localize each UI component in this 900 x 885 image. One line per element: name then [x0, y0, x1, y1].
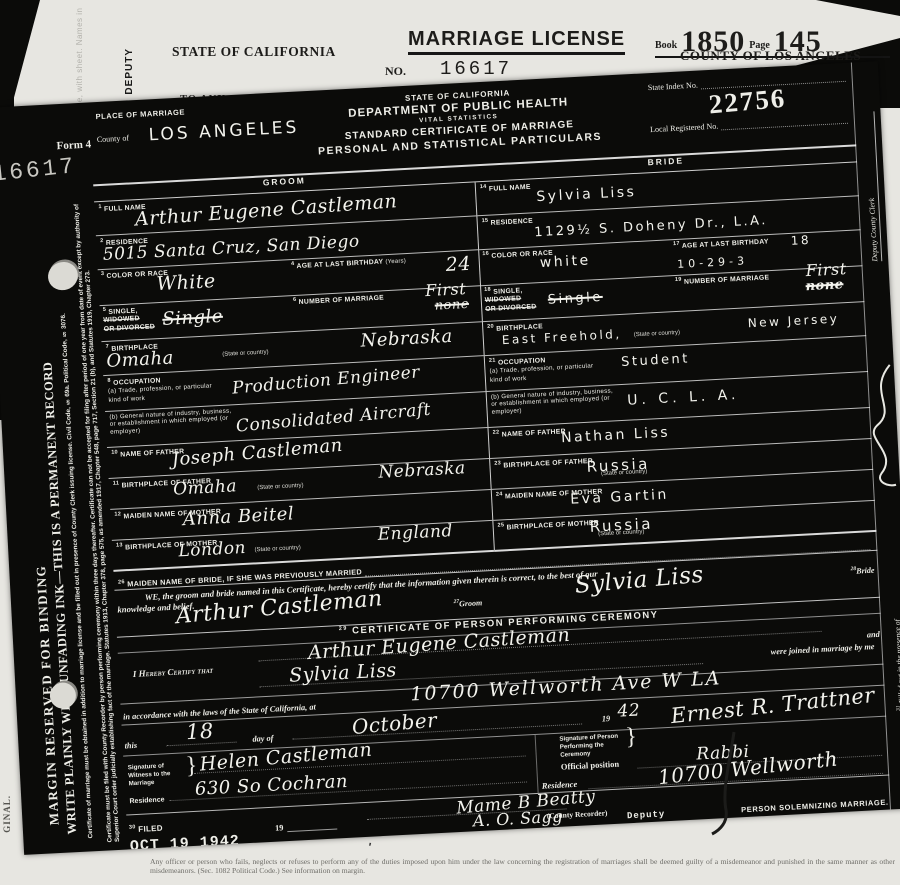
filed-year-pre: 19 — [275, 823, 284, 832]
filed-stamp-block: 30 FILED OCT 19 1942 — [128, 814, 240, 855]
county-of-value: LOS ANGELES — [148, 119, 265, 145]
filed-date-stamp: OCT 19 1942 — [129, 833, 240, 855]
brace: } — [185, 753, 198, 781]
official-position-label: Official position — [561, 759, 620, 772]
witness-residence-label: Residence — [129, 796, 164, 807]
pen-mark — [700, 730, 760, 840]
filled-out-label: 31 Filled out in the presence of — [883, 481, 900, 711]
deputy-edge-text: DEPUTY — [124, 48, 135, 95]
and-label: and — [867, 630, 880, 640]
bride-signature-label: 28Bride — [850, 565, 874, 576]
pen-tick: ' — [367, 840, 373, 854]
filled-out-num: 31 — [895, 705, 900, 711]
fine-print: Any officer or person who fails, neglect… — [150, 857, 895, 876]
license-state: STATE OF CALIFORNIA — [172, 44, 336, 60]
deputy-label: Deputy — [627, 809, 666, 821]
license-title: MARRIAGE LICENSE — [408, 28, 625, 55]
bride-column: 14 FULL NAME Sylvia Liss 15 RESIDENCE 11… — [476, 162, 877, 551]
license-no-label: NO. — [385, 64, 406, 79]
groom-column: 1 FULL NAME Arthur Eugene Castleman 2 RE… — [94, 182, 495, 571]
original-edge-text: GINAL. — [2, 795, 12, 833]
stamped-certificate-number: 16617 — [0, 153, 78, 188]
license-county: COUNTY OF LOS ANGELES — [680, 48, 861, 64]
form-number: Form 4 — [56, 138, 91, 152]
certificate-card: Form 4 16617 MARGIN RESERVED FOR BINDING… — [0, 61, 900, 855]
bride-signature: Sylvia Liss — [574, 562, 705, 599]
black-edge-top-right — [780, 0, 900, 16]
solemnizing-label: PERSON SOLEMNIZING MARRIAGE. — [741, 798, 889, 815]
day-value: 18 — [185, 719, 214, 744]
state-index-label: State Index No. — [648, 81, 698, 93]
local-registered-label: Local Registered No. — [650, 122, 719, 135]
place-label: PLACE OF MARRIAGE — [95, 103, 263, 121]
book-label: Book — [655, 40, 677, 51]
license-no-value: 16617 — [440, 58, 512, 80]
particulars-columns: 1 FULL NAME Arthur Eugene Castleman 2 RE… — [94, 162, 876, 571]
line — [287, 828, 337, 832]
year-value: 42 — [617, 700, 641, 721]
deputy-county-clerk-label: Deputy County Clerk — [862, 111, 882, 261]
day-of-label: day of — [252, 734, 273, 744]
witness-label: Signature of Witness to the Marriage — [128, 761, 187, 787]
brace: } — [625, 724, 638, 752]
header-right: State Index No. 22756 Local Registered N… — [647, 66, 856, 155]
performer-label: Signature of Person Performing the Cerem… — [559, 732, 624, 759]
place-of-marriage-block: PLACE OF MARRIAGE County of LOS ANGELES — [89, 97, 271, 184]
joined-label: were joined in marriage by me — [770, 642, 874, 656]
this-label: this — [124, 741, 137, 751]
hereby-label: I Hereby Certify that — [133, 665, 214, 679]
certificate-form: PLACE OF MARRIAGE County of LOS ANGELES … — [89, 66, 891, 849]
groom-signature-label: 27Groom — [453, 598, 482, 609]
year-pre: 19 — [602, 714, 611, 723]
